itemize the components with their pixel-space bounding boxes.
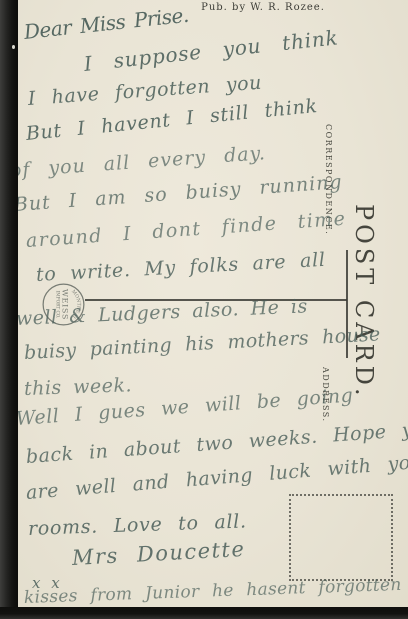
photo-edge-left: [0, 0, 18, 619]
postcard-content: Pub. by W. R. Rozee. CORRESPONDENCE. POS…: [18, 0, 408, 608]
stamp-box: [289, 494, 393, 581]
handwritten-line: this week.: [24, 374, 133, 400]
handwritten-line: of you all every day.: [9, 142, 266, 182]
post-card-title: POST CARD.: [350, 204, 378, 400]
postcard-photo: Pub. by W. R. Rozee. CORRESPONDENCE. POS…: [0, 0, 408, 619]
handwritten-line: buisy painting his mothers house: [23, 323, 381, 364]
handwritten-line: to write. My folks are all: [35, 249, 326, 286]
handwritten-line: kisses from Junior he hasent forgotten y…: [24, 573, 408, 608]
handwritten-line: Dear Miss Prise.: [23, 3, 190, 44]
handwritten-signature: rooms. Love to all.: [28, 510, 247, 540]
dust-speck: [12, 45, 15, 49]
handwritten-signature: Mrs Doucette: [71, 537, 246, 570]
photo-edge-bottom: [0, 607, 408, 619]
handwritten-line: around I dont finde time: [25, 208, 347, 252]
